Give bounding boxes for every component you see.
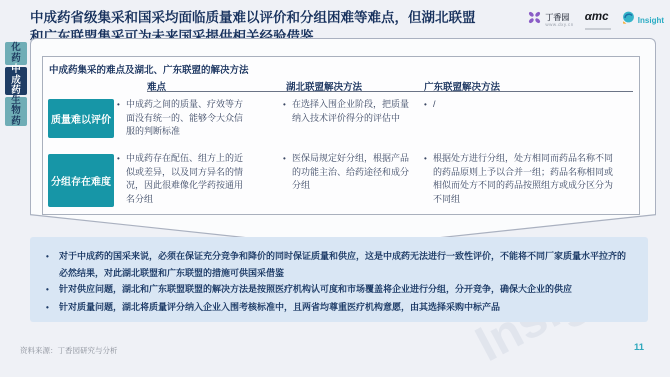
- table-cell-guangdong-2: 根据处方进行分组，处方相同而药品名称不同的药品原则上予以合并一组；药品名称相同或…: [424, 152, 616, 206]
- conclusion-bullet-1: 对于中成药的国采来说，必须在保证充分竞争和降价的同时保证质量和供应，这是中成药无…: [46, 248, 630, 281]
- table-cell-difficulty-2: 中成药存在配伍、组方上的近似或差异，以及同方异名的情况，因此很难像化学药按通用名…: [117, 152, 250, 206]
- insight-logo: Insight: [622, 11, 664, 29]
- table-cell-hubei-1: 在选择入围企业阶段，把质量纳入技术评价得分的评估中: [283, 98, 416, 125]
- bullet-dot: [424, 98, 433, 112]
- amc-logo-text: αmc: [585, 11, 609, 23]
- amc-logo-tagline-bar: [585, 28, 611, 30]
- conclusion-bullet-2: 针对供应问题，湖北和广东联盟联盟的解决方法是按照医疗机构认可度和市场覆盖将企业进…: [46, 281, 630, 299]
- table-cell-hubei-2: 医保局规定好分组，根据产品的功能主治、给药途径和成分分组: [283, 152, 416, 193]
- tab-label: 中成药: [10, 65, 22, 97]
- table-cell-guangdong-1: /: [424, 98, 616, 112]
- dxy-logo-url: www.dxy.cn: [545, 22, 573, 28]
- tab-biologic-drugs[interactable]: 生物药: [5, 97, 27, 126]
- dxy-logo: 丁香园 www.dxy.cn: [527, 10, 573, 30]
- page-number: 11: [634, 342, 644, 353]
- tab-label: 生物药: [10, 96, 22, 128]
- row-label-quality: 质量难以评价: [48, 99, 114, 138]
- tab-label: 化药: [10, 43, 22, 64]
- source-note: 资料来源：丁香园研究与分析: [20, 345, 118, 356]
- logo-row: 丁香园 www.dxy.cn αmc Insight: [527, 10, 664, 30]
- bullet-dot: [424, 152, 433, 206]
- amc-logo: αmc: [585, 11, 611, 30]
- insight-bird-icon: [622, 11, 635, 29]
- tab-tcm-drugs[interactable]: 中成药: [5, 67, 27, 95]
- conclusions-box: 对于中成药的国采来说，必须在保证充分竞争和降价的同时保证质量和供应，这是中成药无…: [30, 237, 648, 322]
- header-underline: [147, 91, 633, 92]
- bullet-dot: [46, 281, 59, 299]
- dxy-flower-icon: [527, 10, 542, 30]
- table-title: 中成药集采的难点及湖北、广东联盟的解决方法: [49, 62, 249, 76]
- bullet-dot: [283, 152, 292, 193]
- bullet-dot: [117, 152, 126, 206]
- page-title-line-1: 中成药省级集采和国采均面临质量难以评价和分组困难等难点，但湖北联盟: [30, 8, 476, 27]
- tab-chemical-drugs[interactable]: 化药: [5, 42, 27, 65]
- dxy-logo-text: 丁香园: [545, 13, 573, 22]
- table-cell-difficulty-1: 中成药之间的质量、疗效等方面没有统一的、能够令大众信服的判断标准: [117, 98, 250, 139]
- bullet-dot: [46, 248, 59, 281]
- row-label-grouping: 分组存在难度: [48, 154, 114, 207]
- conclusion-bullet-3: 针对质量问题，湖北将质量评分纳入企业入围考核标准中，且两省均尊重医疗机构意愿，由…: [46, 299, 630, 317]
- bullet-dot: [117, 98, 126, 139]
- bullet-dot: [46, 299, 59, 317]
- slide: Insight Insight Insight 中成药省级集采和国采均面临质量难…: [0, 0, 670, 377]
- bullet-dot: [283, 98, 292, 125]
- insight-logo-text: Insight: [638, 16, 664, 25]
